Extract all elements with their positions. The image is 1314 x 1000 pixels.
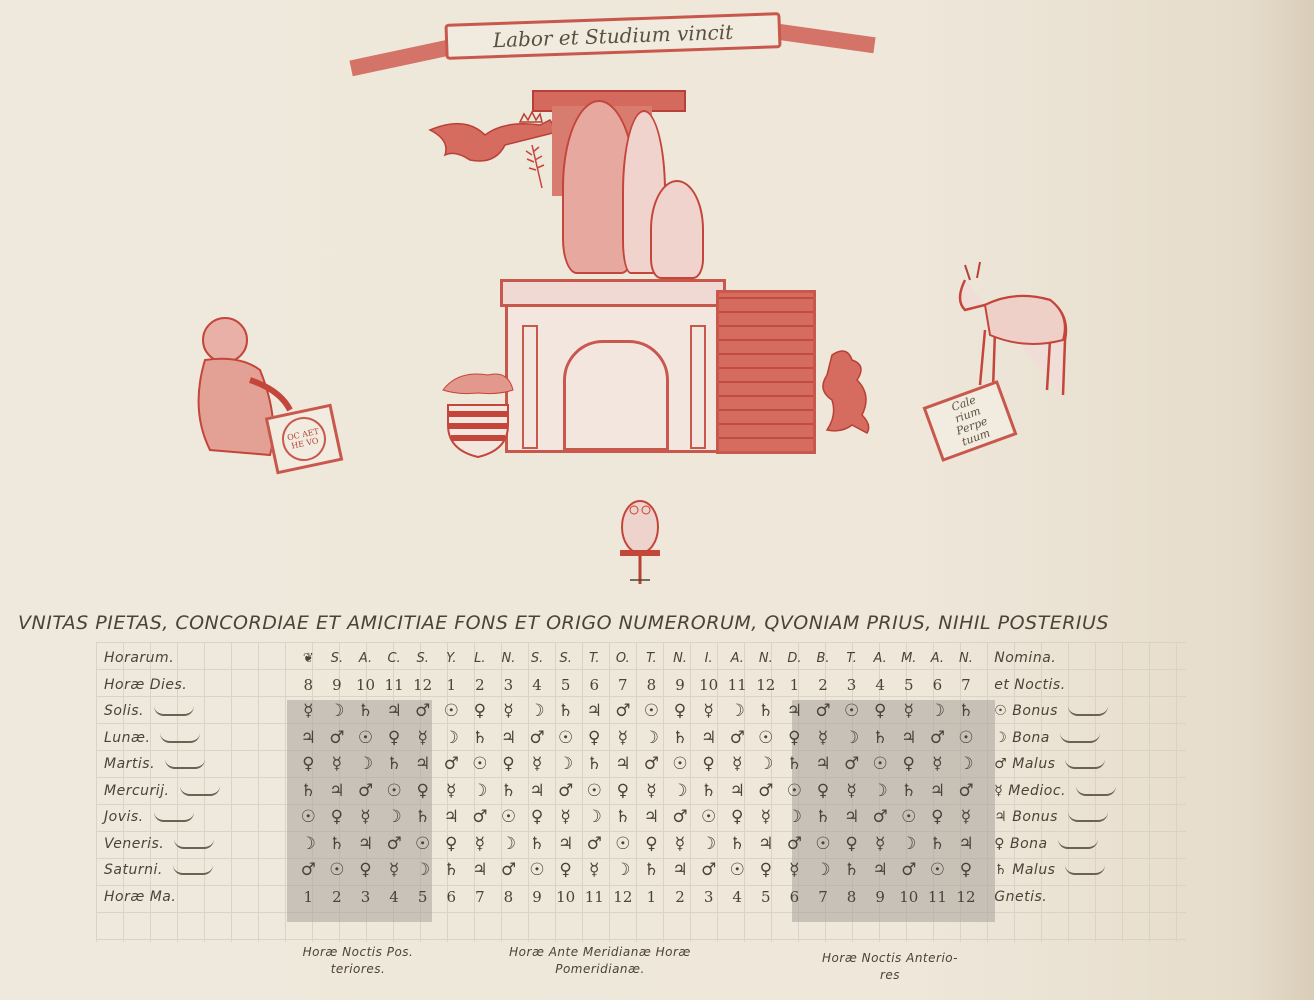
hour-cell: 2 — [323, 884, 352, 911]
planet-symbol-cell: ♄ — [323, 831, 352, 858]
planet-symbol-cell: ♀ — [694, 751, 723, 778]
planet-quality: Bona — [1010, 836, 1048, 852]
row-label: Veneris. — [98, 831, 294, 858]
planet-symbol-cell: ☽ — [780, 804, 809, 831]
planet-symbol-cell: ☿ — [437, 778, 466, 805]
hour-cell: 7 — [809, 884, 838, 911]
planet-symbol-cell: ♀ — [837, 831, 866, 858]
planet-symbol-cell: ♃ — [694, 725, 723, 752]
planetary-hours-table: Horarum. ❦ S. A. C. S. Y. L. N. S. S. T.… — [98, 645, 1174, 910]
planet-symbol-cell: ☽ — [666, 778, 695, 805]
planet-symbol-cell: ♄ — [666, 725, 695, 752]
planet-symbol-cell: ♄ — [294, 778, 323, 805]
header-cell: N. — [666, 645, 695, 672]
planet-symbol-cell: ♂ — [351, 778, 380, 805]
planet-symbol-cell: ☽ — [580, 804, 609, 831]
hour-cell: 7 — [466, 884, 495, 911]
hour-cell: 5 — [408, 884, 437, 911]
planet-symbol-cell: ♂ — [294, 857, 323, 884]
planet-symbol-cell: ☽ — [551, 751, 580, 778]
footnote-line: Pomeridianæ. — [450, 961, 750, 978]
planet-symbol-cell: ♄ — [694, 778, 723, 805]
planet-symbol-cell: ♄ — [351, 698, 380, 725]
planet-day-label: Jovis. — [104, 809, 144, 825]
hour-cell: 2 — [666, 884, 695, 911]
planet-symbol-cell: ☿ — [408, 725, 437, 752]
planet-symbol-cell: ♀ — [323, 804, 352, 831]
row-label: Lunæ. — [98, 725, 294, 752]
hour-cell: 7 — [609, 672, 638, 699]
planet-symbol-cell: ☉ — [323, 857, 352, 884]
planet-symbol-cell: ♂ — [694, 857, 723, 884]
footnote-line: Horæ Ante Meridianæ Horæ — [450, 944, 750, 961]
table-row-planet: Mercurij.♄♃♂☉♀☿☽♄♃♂☉♀☿☽♄♃♂☉♀☿☽♄♃♂☿ Medio… — [98, 778, 1174, 805]
planet-symbol-cell: ♂ — [408, 698, 437, 725]
hour-cell: 4 — [380, 884, 409, 911]
footnote-line: teriores. — [258, 961, 458, 978]
row-right-label: Nomina. — [980, 645, 1174, 672]
flourish-icon — [154, 706, 194, 716]
planet-symbol-cell: ☽ — [380, 804, 409, 831]
planet-symbol-cell: ☽ — [466, 778, 495, 805]
planet-symbol-cell: ♂ — [666, 804, 695, 831]
pedestal-cornice — [500, 279, 726, 307]
planet-symbol-cell: ♃ — [609, 751, 638, 778]
planet-symbol-cell: ♃ — [580, 698, 609, 725]
planet-symbol-cell: ☉ — [780, 778, 809, 805]
pedestal-column-left — [522, 325, 538, 449]
table-row-planet: Veneris.☽♄♃♂☉♀☿☽♄♃♂☉♀☿☽♄♃♂☉♀☿☽♄♃♀ Bona — [98, 831, 1174, 858]
flourish-icon — [165, 759, 205, 769]
row-right-label: et Noctis. — [980, 672, 1174, 699]
header-cell: D. — [780, 645, 809, 672]
table-row-planet: Saturni.♂☉♀☿☽♄♃♂☉♀☿☽♄♃♂☉♀☿☽♄♃♂☉♀♄ Malus — [98, 857, 1174, 884]
planet-symbol-cell: ♄ — [809, 804, 838, 831]
header-cell: A. — [723, 645, 752, 672]
row-label: Horæ Dies. — [98, 672, 294, 699]
hour-cell: 3 — [694, 884, 723, 911]
planet-symbol-cell: ♃ — [437, 804, 466, 831]
hour-cell: 9 — [866, 884, 895, 911]
planet-symbol-cell: ☉ — [637, 698, 666, 725]
planet-symbol-cell: ☿ — [694, 698, 723, 725]
header-cell: M. — [894, 645, 923, 672]
planet-symbol-cell: ♃ — [351, 831, 380, 858]
planet-symbol-cell: ☿ — [551, 804, 580, 831]
enthroned-figure-illustration — [522, 70, 702, 280]
hour-cell: 10 — [351, 672, 380, 699]
planet-symbol-cell: ☽ — [923, 698, 952, 725]
planet-symbol-cell: ☉ — [408, 831, 437, 858]
planet-symbol-cell: ♂ — [894, 857, 923, 884]
planet-symbol-cell: ☿ — [837, 778, 866, 805]
planet-symbol-cell: ☉ — [837, 698, 866, 725]
flourish-icon — [173, 865, 213, 875]
header-cell: A. — [866, 645, 895, 672]
hour-cell: 1 — [437, 672, 466, 699]
row-right-label: ☉ Bonus — [980, 698, 1174, 725]
footnote-night-posterior: Horæ Noctis Pos. teriores. — [258, 944, 458, 978]
header-cell: Y. — [437, 645, 466, 672]
planet-symbol-cell: ♂ — [494, 857, 523, 884]
planet-symbol-cell: ♃ — [752, 831, 781, 858]
header-cell: I. — [694, 645, 723, 672]
planet-symbol-cell: ♄ — [408, 804, 437, 831]
shield-wolf-icon — [438, 365, 518, 460]
planet-symbol-cell: ♀ — [494, 751, 523, 778]
planet-symbol-cell: ♂ — [952, 778, 981, 805]
hour-cell: 11 — [923, 884, 952, 911]
owl-on-perch-icon — [610, 492, 670, 592]
row-label: Saturni. — [98, 857, 294, 884]
header-cell: O. — [609, 645, 638, 672]
row-label: Jovis. — [98, 804, 294, 831]
hour-cell: 1 — [294, 884, 323, 911]
hour-cell: 11 — [723, 672, 752, 699]
header-cell: S. — [408, 645, 437, 672]
planet-symbol-icon: ♃ — [994, 809, 1007, 825]
hour-cell: 3 — [494, 672, 523, 699]
planet-symbol-cell: ☽ — [866, 778, 895, 805]
table-row-letters: Horarum. ❦ S. A. C. S. Y. L. N. S. S. T.… — [98, 645, 1174, 672]
planet-symbol-cell: ♃ — [494, 725, 523, 752]
planet-day-label: Lunæ. — [104, 730, 150, 746]
hour-cell: 7 — [952, 672, 981, 699]
row-right-label: ♀ Bona — [980, 831, 1174, 858]
hour-cell: 2 — [809, 672, 838, 699]
planet-symbol-cell: ☉ — [551, 725, 580, 752]
planet-symbol-cell: ♃ — [666, 857, 695, 884]
planet-symbol-cell: ☿ — [609, 725, 638, 752]
planet-symbol-cell: ☽ — [437, 725, 466, 752]
planet-symbol-cell: ♃ — [723, 778, 752, 805]
planet-symbol-cell: ♂ — [837, 751, 866, 778]
planet-symbol-icon: ♂ — [994, 756, 1007, 772]
planet-symbol-icon: ☽ — [994, 730, 1007, 746]
row-label: Horæ Ma. — [98, 884, 294, 911]
planet-symbol-cell: ♂ — [723, 725, 752, 752]
hour-cell: 8 — [294, 672, 323, 699]
planet-symbol-cell: ☿ — [923, 751, 952, 778]
planet-symbol-cell: ♀ — [351, 857, 380, 884]
planet-symbol-cell: ☿ — [380, 857, 409, 884]
planet-symbol-cell: ☉ — [437, 698, 466, 725]
row-right-label: ♃ Bonus — [980, 804, 1174, 831]
planet-symbol-cell: ♂ — [809, 698, 838, 725]
hour-cell: 10 — [694, 672, 723, 699]
planet-symbol-cell: ♂ — [609, 698, 638, 725]
planet-symbol-cell: ☽ — [637, 725, 666, 752]
planet-symbol-cell: ♂ — [437, 751, 466, 778]
planet-symbol-cell: ☿ — [752, 804, 781, 831]
planet-symbol-cell: ♀ — [580, 725, 609, 752]
planet-symbol-cell: ♄ — [723, 831, 752, 858]
planet-symbol-cell: ☿ — [637, 778, 666, 805]
hour-cell: 4 — [866, 672, 895, 699]
planet-quality: Bonus — [1012, 703, 1058, 719]
planet-symbol-cell: ♂ — [466, 804, 495, 831]
pedestal-door — [563, 340, 669, 451]
planet-symbol-cell: ☽ — [809, 857, 838, 884]
planet-symbol-cell: ♀ — [466, 698, 495, 725]
planet-symbol-cell: ☉ — [294, 804, 323, 831]
seated-woman-figure — [650, 180, 704, 279]
flourish-icon — [180, 786, 220, 796]
flourish-icon — [154, 812, 194, 822]
planet-symbol-cell: ♄ — [523, 831, 552, 858]
goat-icon — [955, 260, 1075, 400]
planet-symbol-cell: ♃ — [637, 804, 666, 831]
planet-symbol-cell: ♂ — [752, 778, 781, 805]
planet-symbol-cell: ♄ — [752, 698, 781, 725]
motto-text: Labor et Studium vincit — [492, 20, 733, 52]
planet-day-label: Veneris. — [104, 836, 164, 852]
planet-symbol-cell: ♃ — [294, 725, 323, 752]
header-cell: S. — [523, 645, 552, 672]
planet-symbol-cell: ♃ — [466, 857, 495, 884]
hour-cell: 8 — [494, 884, 523, 911]
planet-symbol-cell: ♄ — [466, 725, 495, 752]
hour-cell: 4 — [723, 884, 752, 911]
planet-symbol-cell: ☉ — [580, 778, 609, 805]
planet-symbol-cell: ♀ — [809, 778, 838, 805]
planet-symbol-cell: ☉ — [752, 725, 781, 752]
planet-symbol-cell: ♄ — [923, 831, 952, 858]
planet-symbol-cell: ♃ — [923, 778, 952, 805]
header-cell: A. — [351, 645, 380, 672]
footnote-line: res — [770, 967, 1010, 984]
planet-symbol-cell: ♂ — [866, 804, 895, 831]
planet-symbol-cell: ♀ — [894, 751, 923, 778]
row-right-label: Gnetis. — [980, 884, 1174, 911]
planet-symbol-cell: ☉ — [466, 751, 495, 778]
flourish-icon — [1060, 733, 1100, 743]
planet-day-label: Solis. — [104, 703, 144, 719]
row-label: Solis. — [98, 698, 294, 725]
monkey-book: OC AET HE VO — [265, 404, 344, 475]
planet-symbol-cell: ☿ — [466, 831, 495, 858]
hour-cell: 6 — [780, 884, 809, 911]
planet-day-label: Saturni. — [104, 862, 163, 878]
planet-symbol-cell: ♂ — [551, 778, 580, 805]
planet-symbol-cell: ☿ — [866, 831, 895, 858]
planet-symbol-cell: ♄ — [837, 857, 866, 884]
hour-cell: 5 — [752, 884, 781, 911]
planet-symbol-cell: ♄ — [894, 778, 923, 805]
planet-symbol-cell: ☿ — [351, 804, 380, 831]
planet-symbol-cell: ☽ — [694, 831, 723, 858]
banner-ribbon-left — [349, 40, 450, 76]
planet-symbol-cell: ☽ — [351, 751, 380, 778]
table-row-planet: Solis.☿☽♄♃♂☉♀☿☽♄♃♂☉♀☿☽♄♃♂☉♀☿☽♄☉ Bonus — [98, 698, 1174, 725]
planet-symbol-cell: ♄ — [780, 751, 809, 778]
planet-symbol-cell: ☽ — [723, 698, 752, 725]
hour-cell: 6 — [437, 884, 466, 911]
planet-symbol-cell: ♂ — [323, 725, 352, 752]
planet-symbol-cell: ☉ — [380, 778, 409, 805]
monkey-book-emblem: OC AET HE VO — [278, 413, 330, 465]
hour-cell: 5 — [551, 672, 580, 699]
planet-symbol-icon: ☉ — [994, 703, 1007, 719]
hour-cell: 12 — [952, 884, 981, 911]
planet-symbol-cell: ☽ — [952, 751, 981, 778]
planet-symbol-cell: ☉ — [923, 857, 952, 884]
planet-symbol-cell: ☉ — [952, 725, 981, 752]
planet-quality: Malus — [1012, 756, 1055, 772]
table-row-footer-hours: Horæ Ma. 1 2 3 4 5 6 7 8 9 10 11 12 1 2 … — [98, 884, 1174, 911]
planet-symbol-cell: ☉ — [694, 804, 723, 831]
row-label: Mercurij. — [98, 778, 294, 805]
planet-symbol-cell: ☉ — [351, 725, 380, 752]
hour-cell: 9 — [523, 884, 552, 911]
planet-symbol-cell: ☽ — [494, 831, 523, 858]
manuscript-page: Labor et Studium vincit OC AET H — [0, 0, 1314, 1000]
planet-symbol-cell: ♂ — [780, 831, 809, 858]
planet-symbol-cell: ♂ — [637, 751, 666, 778]
planet-symbol-cell: ☿ — [666, 831, 695, 858]
planet-symbol-cell: ☽ — [609, 857, 638, 884]
planet-symbol-cell: ♄ — [866, 725, 895, 752]
planet-day-label: Martis. — [104, 756, 155, 772]
planet-symbol-cell: ♄ — [380, 751, 409, 778]
row-label: Martis. — [98, 751, 294, 778]
planet-symbol-cell: ♀ — [609, 778, 638, 805]
hour-cell: 10 — [551, 884, 580, 911]
hour-cell: 9 — [666, 672, 695, 699]
planet-symbol-cell: ♄ — [952, 698, 981, 725]
planet-symbol-cell: ☉ — [523, 857, 552, 884]
flourish-icon — [1068, 706, 1108, 716]
table-row-hours: Horæ Dies. 8 9 10 11 12 1 2 3 4 5 6 7 8 … — [98, 672, 1174, 699]
planet-symbol-cell: ☉ — [894, 804, 923, 831]
planet-symbol-cell: ♃ — [323, 778, 352, 805]
header-cell: ❦ — [294, 645, 323, 672]
planet-symbol-cell: ♄ — [637, 857, 666, 884]
planet-symbol-cell: ♃ — [894, 725, 923, 752]
hour-cell: 4 — [523, 672, 552, 699]
flourish-icon — [1065, 759, 1105, 769]
hour-cell: 10 — [894, 884, 923, 911]
banner-ribbon-right — [769, 23, 875, 53]
planet-symbol-cell: ♄ — [494, 778, 523, 805]
flourish-icon — [174, 839, 214, 849]
planet-symbol-cell: ☿ — [580, 857, 609, 884]
planet-symbol-cell: ♃ — [837, 804, 866, 831]
planet-symbol-cell: ♀ — [637, 831, 666, 858]
planet-symbol-cell: ♃ — [809, 751, 838, 778]
planet-symbol-cell: ♀ — [952, 857, 981, 884]
planet-symbol-cell: ♀ — [923, 804, 952, 831]
planet-symbol-cell: ♃ — [952, 831, 981, 858]
hour-cell: 5 — [894, 672, 923, 699]
header-cell: S. — [323, 645, 352, 672]
planet-symbol-cell: ♂ — [523, 725, 552, 752]
row-right-label: ☿ Medioc. — [980, 778, 1174, 805]
header-cell: T. — [580, 645, 609, 672]
planet-quality: Bonus — [1012, 809, 1058, 825]
header-cell: T. — [637, 645, 666, 672]
planet-symbol-cell: ♄ — [609, 804, 638, 831]
hour-cell: 3 — [351, 884, 380, 911]
planet-symbol-cell: ☿ — [723, 751, 752, 778]
header-cell: T. — [837, 645, 866, 672]
row-right-label: ☽ Bona — [980, 725, 1174, 752]
rampant-lion-icon — [812, 345, 882, 435]
footnote-line: Horæ Noctis Anterio- — [770, 950, 1010, 967]
planet-symbol-cell: ☿ — [523, 751, 552, 778]
table-heading: VNITAS PIETAS, CONCORDIAE ET AMICITIAE F… — [18, 612, 1314, 634]
planet-symbol-cell: ♃ — [780, 698, 809, 725]
planet-day-label: Mercurij. — [104, 783, 170, 799]
header-cell: L. — [466, 645, 495, 672]
planet-quality: Malus — [1012, 862, 1055, 878]
planet-symbol-cell: ♀ — [866, 698, 895, 725]
planet-symbol-cell: ☉ — [723, 857, 752, 884]
planet-symbol-icon: ♄ — [994, 862, 1007, 878]
table-row-planet: Jovis.☉♀☿☽♄♃♂☉♀☿☽♄♃♂☉♀☿☽♄♃♂☉♀☿♃ Bonus — [98, 804, 1174, 831]
header-cell: N. — [494, 645, 523, 672]
palm-branch-icon — [522, 140, 552, 190]
monument-pedestal — [505, 282, 721, 453]
planet-symbol-cell: ☿ — [952, 804, 981, 831]
planet-symbol-cell: ☿ — [780, 857, 809, 884]
table-row-planet: Lunæ.♃♂☉♀☿☽♄♃♂☉♀☿☽♄♃♂☉♀☿☽♄♃♂☉☽ Bona — [98, 725, 1174, 752]
header-cell: B. — [809, 645, 838, 672]
planet-symbol-cell: ☽ — [752, 751, 781, 778]
flourish-icon — [1068, 812, 1108, 822]
planet-symbol-cell: ♀ — [380, 725, 409, 752]
planet-symbol-cell: ☽ — [523, 698, 552, 725]
planet-symbol-cell: ☽ — [294, 831, 323, 858]
flourish-icon — [1076, 786, 1116, 796]
hour-cell: 1 — [637, 884, 666, 911]
planet-symbol-cell: ♀ — [408, 778, 437, 805]
planet-symbol-cell: ♀ — [551, 857, 580, 884]
hour-cell: 12 — [609, 884, 638, 911]
planet-symbol-cell: ☿ — [809, 725, 838, 752]
footnote-day-hours: Horæ Ante Meridianæ Horæ Pomeridianæ. — [450, 944, 750, 978]
pedestal-column-right — [690, 325, 706, 449]
hour-cell: 12 — [752, 672, 781, 699]
planet-symbol-cell: ♀ — [752, 857, 781, 884]
planet-symbol-icon: ☿ — [994, 783, 1003, 799]
flourish-icon — [160, 733, 200, 743]
header-cell: N. — [752, 645, 781, 672]
planet-symbol-cell: ☽ — [323, 698, 352, 725]
row-right-label: ♂ Malus — [980, 751, 1174, 778]
planet-symbol-cell: ♂ — [923, 725, 952, 752]
planet-symbol-cell: ♂ — [580, 831, 609, 858]
planet-symbol-icon: ♀ — [994, 836, 1005, 852]
planet-symbol-cell: ♀ — [437, 831, 466, 858]
hour-cell: 8 — [637, 672, 666, 699]
hour-cell: 6 — [580, 672, 609, 699]
planet-rows: Solis.☿☽♄♃♂☉♀☿☽♄♃♂☉♀☿☽♄♃♂☉♀☿☽♄☉ BonusLun… — [98, 698, 1174, 884]
hour-cell: 6 — [923, 672, 952, 699]
planet-symbol-cell: ☿ — [494, 698, 523, 725]
planet-symbol-cell: ♄ — [437, 857, 466, 884]
planet-symbol-cell: ♃ — [866, 857, 895, 884]
hour-cell: 9 — [323, 672, 352, 699]
planet-symbol-cell: ☿ — [294, 698, 323, 725]
planet-symbol-cell: ☉ — [609, 831, 638, 858]
hour-cell: 2 — [466, 672, 495, 699]
hour-cell: 3 — [837, 672, 866, 699]
planet-symbol-cell: ♃ — [380, 698, 409, 725]
planet-symbol-cell: ♄ — [580, 751, 609, 778]
planet-symbol-cell: ♃ — [551, 831, 580, 858]
planet-symbol-cell: ☉ — [809, 831, 838, 858]
